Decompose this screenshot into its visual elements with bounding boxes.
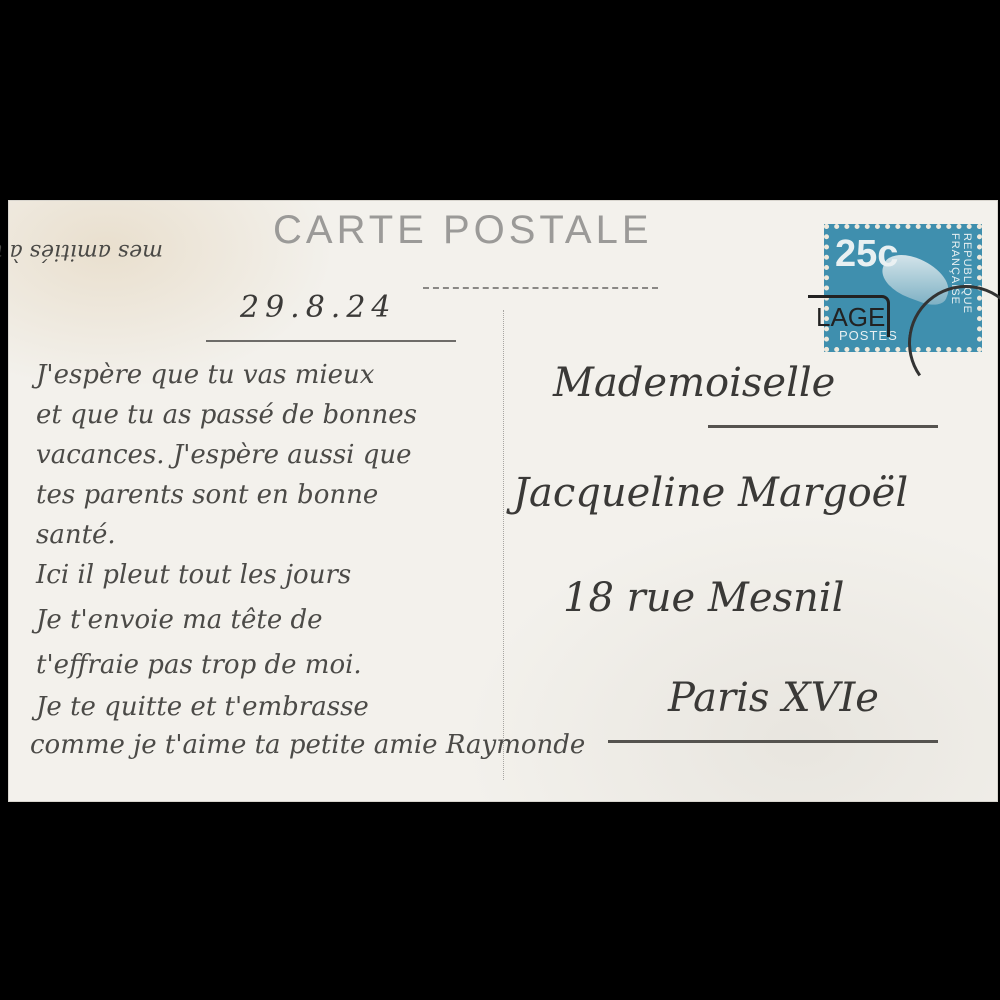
- date-underline: [206, 340, 456, 342]
- message-line: et que tu as passé de bonnes: [36, 400, 417, 430]
- message-line: comme je t'aime ta petite amie Raymonde: [30, 730, 585, 760]
- address-underline: [608, 740, 938, 743]
- postcard-header-title: CARTE POSTALE: [273, 208, 653, 253]
- message-line: Je te quitte et t'embrasse: [36, 692, 369, 722]
- address-line-1: Mademoiselle: [553, 360, 835, 406]
- address-top-rule: [423, 287, 658, 289]
- date: 29.8.24: [240, 290, 397, 325]
- postcard-back: CARTE POSTALE mes amitiés à tous 29.8.24…: [8, 200, 998, 802]
- address-line-2: Jacqueline Margoël: [513, 470, 908, 516]
- message-line: vacances. J'espère aussi que: [36, 440, 412, 470]
- message-line: J'espère que tu vas mieux: [36, 360, 374, 390]
- corner-note-text: mes amitiés à tous: [0, 239, 163, 264]
- message-line: tes parents sont en bonne: [36, 480, 378, 510]
- message-line: Ici il pleut tout les jours: [36, 560, 351, 590]
- message-line: Je t'envoie ma tête de: [36, 605, 323, 635]
- address-line-3: 18 rue Mesnil: [563, 575, 844, 621]
- address-underline: [708, 425, 938, 428]
- postmark-cancel: LAGE: [808, 295, 890, 337]
- message-line: t'effraie pas trop de moi.: [36, 650, 362, 680]
- center-divider: [503, 310, 504, 780]
- message-line: santé.: [36, 520, 116, 550]
- address-line-4: Paris XVIe: [668, 675, 879, 721]
